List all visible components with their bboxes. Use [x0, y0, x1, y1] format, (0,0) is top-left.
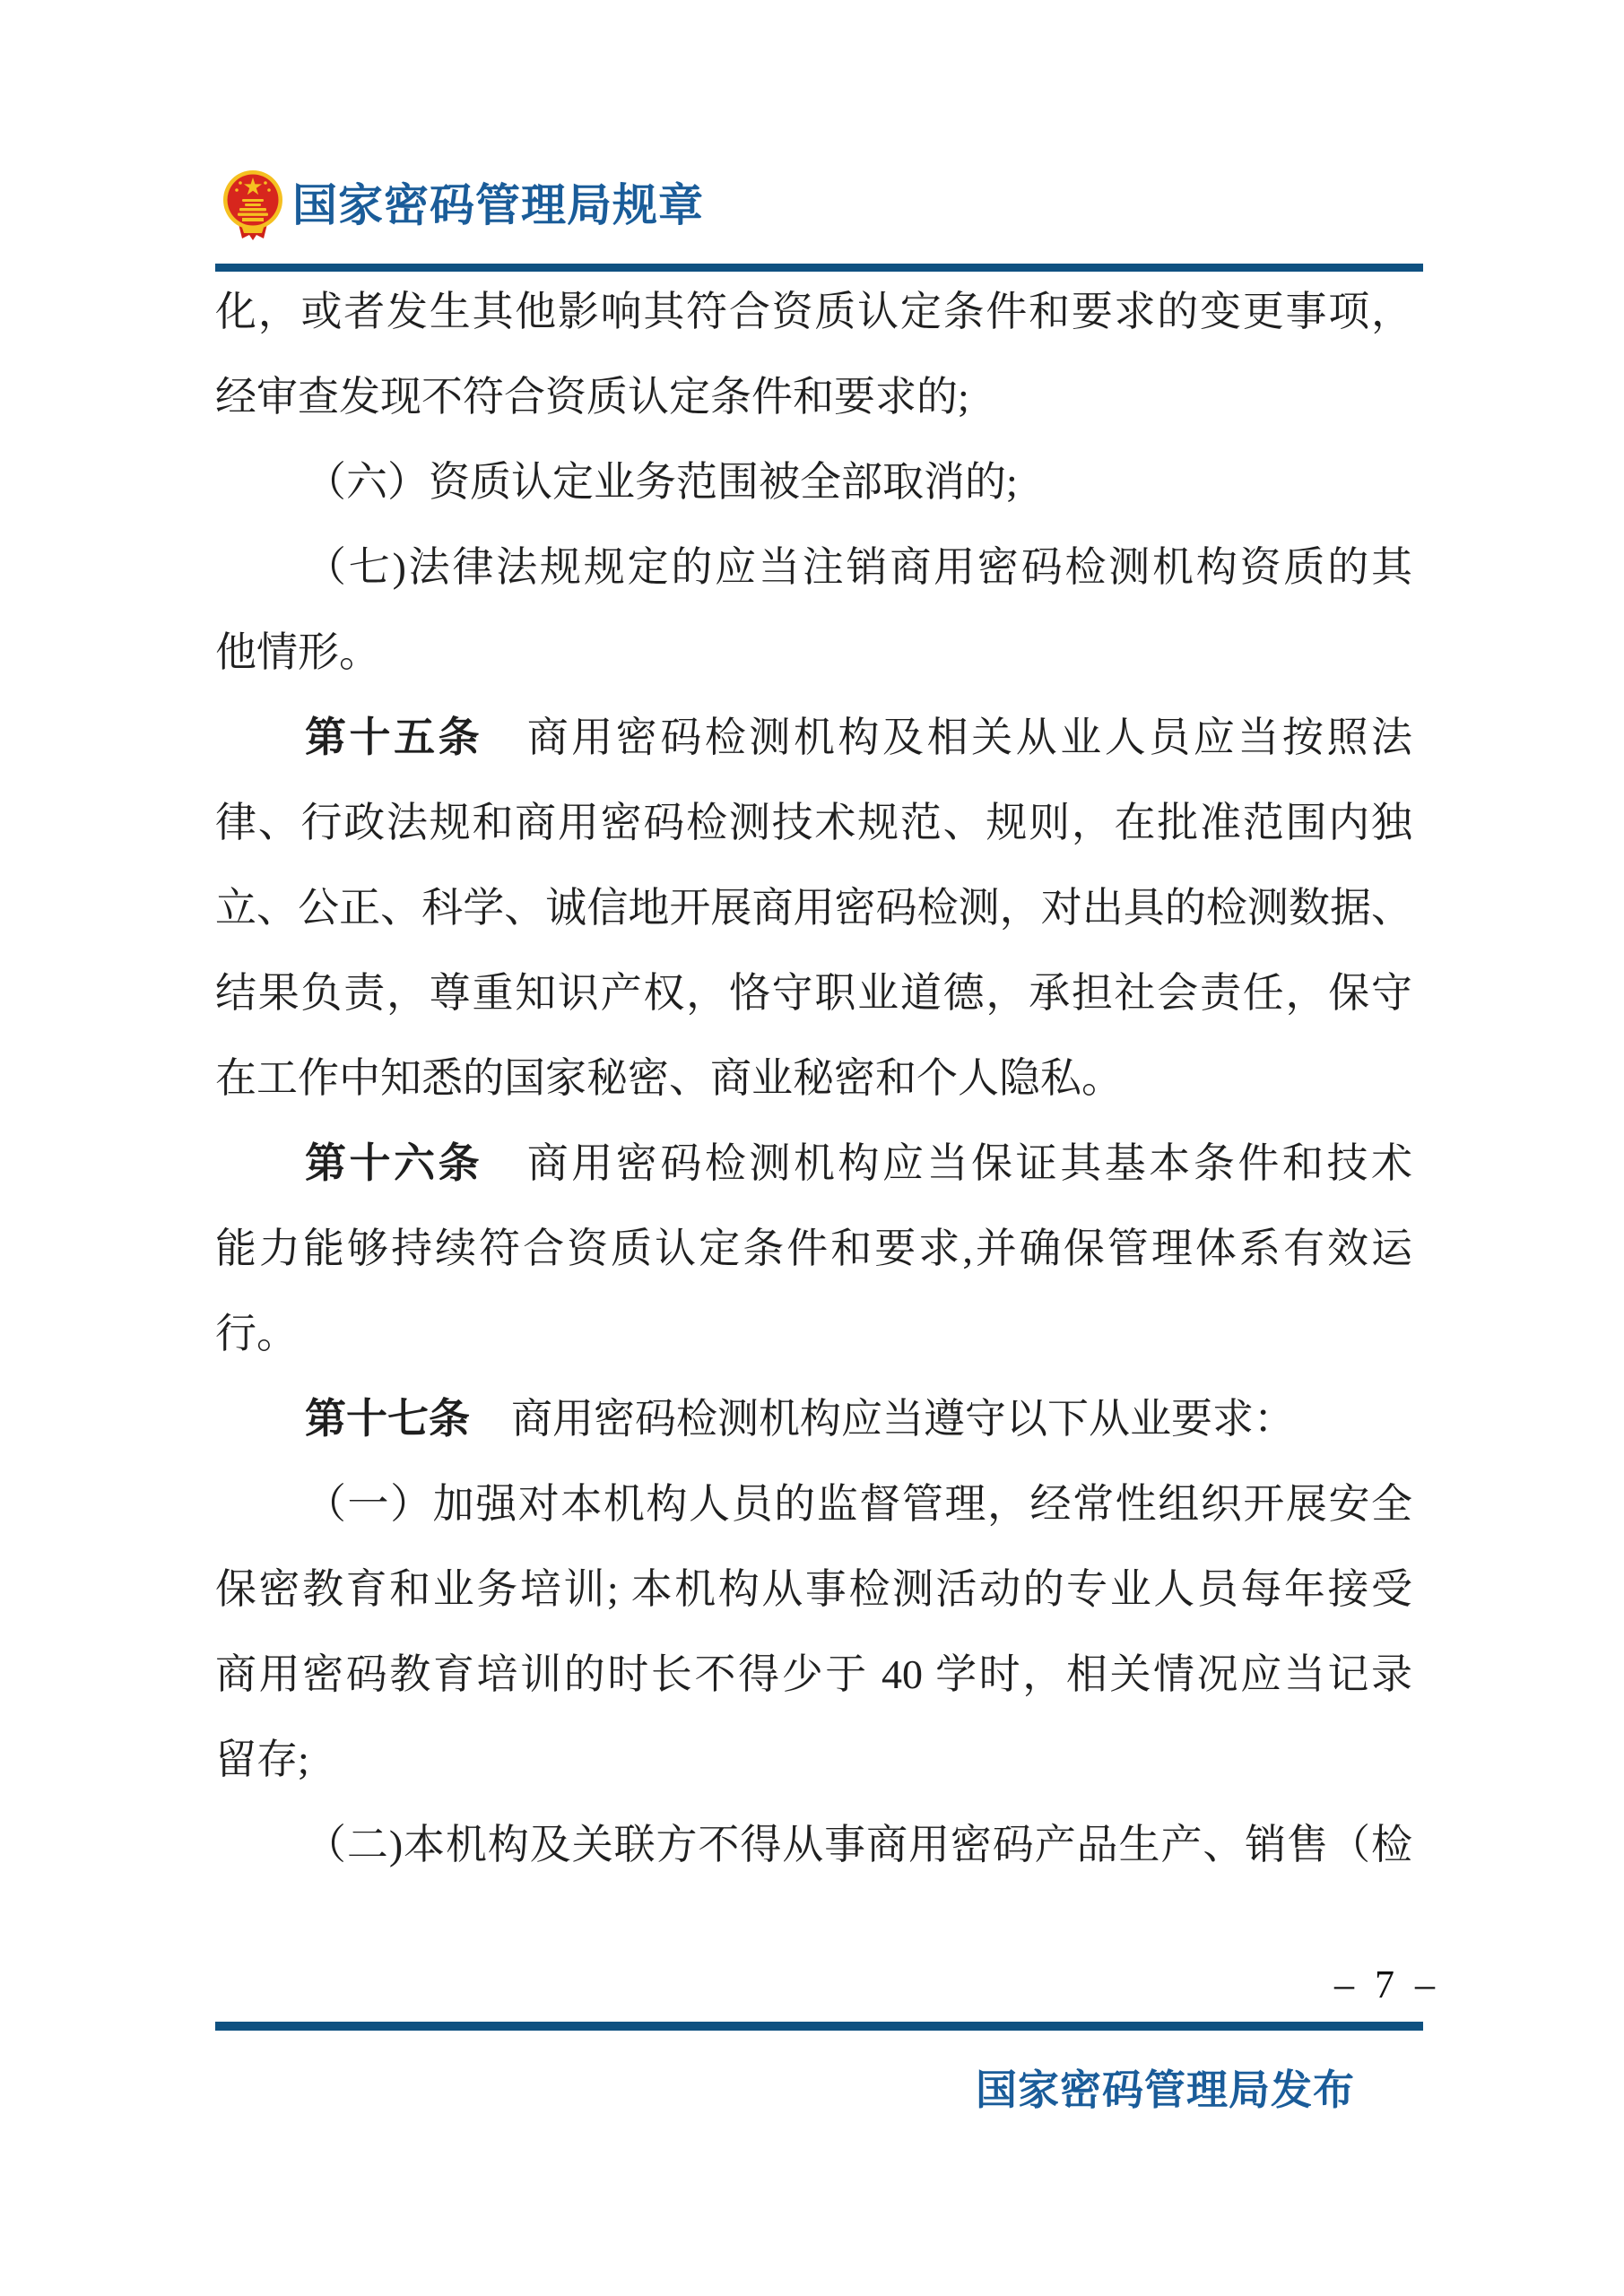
text-line: 第十五条 商用密码检测机构及相关从业人员应当按照法 — [215, 695, 1412, 780]
footer-publisher: 国家密码管理局发布 — [976, 2058, 1355, 2117]
text-line: 在工作中知悉的国家秘密、商业秘密和个人隐私。 — [215, 1035, 1412, 1121]
header-title: 国家密码管理局规章 — [292, 176, 704, 235]
text-line: 他情形。 — [215, 610, 1412, 695]
document-page: 国家密码管理局规章 化，或者发生其他影响其符合资质认定条件和要求的变更事项，经审… — [0, 0, 1624, 2296]
text-line: 商用密码教育培训的时长不得少于 40 学时，相关情况应当记录 — [215, 1632, 1412, 1717]
article-number: 第十六条 — [305, 1140, 482, 1186]
text-line: 第十七条 商用密码检测机构应当遵守以下从业要求： — [215, 1376, 1412, 1461]
text-line: 能力能够持续符合资质认定条件和要求,并确保管理体系有效运 — [215, 1206, 1412, 1291]
text-line: 第十六条 商用密码检测机构应当保证其基本条件和技术 — [215, 1121, 1412, 1206]
text-line: 留存; — [215, 1717, 1412, 1802]
text-line: 化，或者发生其他影响其符合资质认定条件和要求的变更事项， — [215, 269, 1412, 354]
text-line: 立、公正、科学、诚信地开展商用密码检测，对出具的检测数据、 — [215, 865, 1412, 950]
article-number: 第十五条 — [305, 715, 482, 760]
text-line: 经审查发现不符合资质认定条件和要求的; — [215, 354, 1412, 439]
text-line: （六）资质认定业务范围被全部取消的; — [215, 439, 1412, 524]
text-line: 保密教育和业务培训; 本机构从事检测活动的专业人员每年接受 — [215, 1547, 1412, 1632]
text-line: 律、行政法规和商用密码检测技术规范、规则，在批准范围内独 — [215, 780, 1412, 865]
document-body: 化，或者发生其他影响其符合资质认定条件和要求的变更事项，经审查发现不符合资质认定… — [215, 269, 1412, 1887]
article-number: 第十七条 — [305, 1396, 470, 1442]
text-line: （二)本机构及关联方不得从事商用密码产品生产、销售（检 — [215, 1802, 1412, 1887]
text-line: 结果负责，尊重知识产权，恪守职业道德，承担社会责任，保守 — [215, 950, 1412, 1035]
national-emblem-icon — [221, 169, 285, 244]
footer-rule — [215, 2022, 1423, 2031]
text-line: （一）加强对本机构人员的监督管理，经常性组织开展安全 — [215, 1461, 1412, 1547]
text-line: 行。 — [215, 1291, 1412, 1376]
text-line: （七)法律法规规定的应当注销商用密码检测机构资质的其 — [215, 524, 1412, 610]
page-number: – 7 – — [1334, 1962, 1440, 2007]
